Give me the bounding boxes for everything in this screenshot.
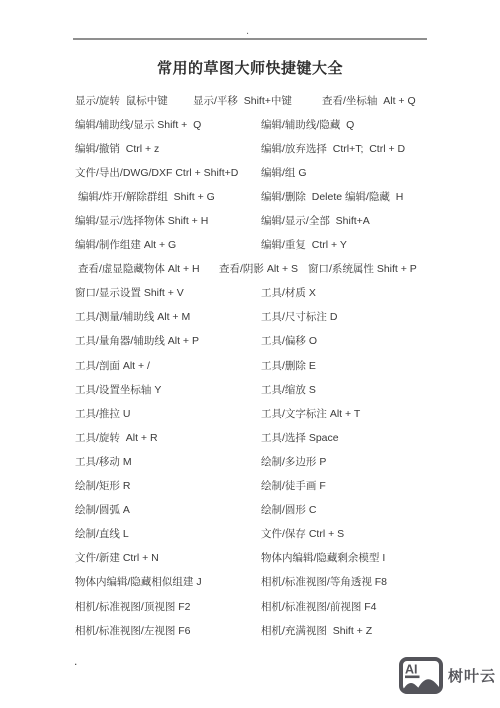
shortcut-row: 工具/推拉 U工具/文字标注 Alt + T bbox=[75, 401, 496, 425]
shortcut-cell: 工具/材质 X bbox=[261, 285, 447, 300]
shortcut-row: 工具/旋转 Alt + R工具/选择 Space bbox=[75, 425, 496, 449]
shortcut-row: 编辑/辅助线/显示 Shift + Q编辑/辅助线/隐藏 Q bbox=[75, 112, 496, 136]
shortcut-row: 工具/量角器/辅助线 Alt + P工具/偏移 O bbox=[75, 329, 496, 353]
shortcut-row: 绘制/矩形 R绘制/徒手画 F bbox=[75, 474, 496, 498]
shortcut-row: 相机/标准视图/左视图 F6相机/充满视图 Shift + Z bbox=[75, 618, 496, 642]
shortcut-cell: 工具/选择 Space bbox=[261, 430, 447, 445]
shortcut-row: 编辑/撤销 Ctrl + z编辑/放弃选择 Ctrl+T; Ctrl + D bbox=[75, 136, 496, 160]
shortcut-cell: 工具/偏移 O bbox=[261, 333, 447, 348]
shortcut-cell: 相机/充满视图 Shift + Z bbox=[261, 623, 447, 638]
shortcut-cell: 编辑/辅助线/显示 Shift + Q bbox=[75, 117, 261, 132]
shortcut-cell: 编辑/放弃选择 Ctrl+T; Ctrl + D bbox=[261, 141, 447, 156]
shortcut-row: 工具/移动 M绘制/多边形 P bbox=[75, 449, 496, 473]
shortcut-cell: 相机/标准视图/顶视图 F2 bbox=[75, 599, 261, 614]
stray-period-bottom: . bbox=[74, 654, 77, 668]
document-page: . 常用的草图大师快捷键大全 显示/旋转 鼠标中键显示/平移 Shift+中键查… bbox=[0, 0, 500, 708]
shortcut-row: 编辑/显示/选择物体 Shift + H编辑/显示/全部 Shift+A bbox=[75, 208, 496, 232]
stray-period-top: . bbox=[246, 25, 249, 37]
shortcut-cell: 窗口/显示设置 Shift + V bbox=[75, 285, 261, 300]
shortcut-cell: 物体内编辑/隐藏剩余模型 I bbox=[261, 550, 447, 565]
shortcut-cell: 查看/坐标轴 Alt + Q bbox=[322, 93, 496, 108]
shortcut-cell: 相机/标准视图/前视图 F4 bbox=[261, 599, 447, 614]
shortcut-cell: 绘制/多边形 P bbox=[261, 454, 447, 469]
shortcut-row: 物体内编辑/隐藏相似组建 J相机/标准视图/等角透视 F8 bbox=[75, 570, 496, 594]
shortcut-cell: 相机/标准视图/左视图 F6 bbox=[75, 623, 261, 638]
shortcut-cell: 编辑/显示/全部 Shift+A bbox=[261, 213, 447, 228]
shortcut-row: 文件/导出/DWG/DXF Ctrl + Shift+D编辑/组 G bbox=[75, 160, 496, 184]
shortcut-cell: 工具/测量/辅助线 Alt + M bbox=[75, 309, 261, 324]
shortcut-row: 绘制/圆弧 A绘制/圆形 C bbox=[75, 498, 496, 522]
shortcut-cell: 文件/保存 Ctrl + S bbox=[261, 526, 447, 541]
shortcut-row: 绘制/直线 L文件/保存 Ctrl + S bbox=[75, 522, 496, 546]
shortcut-row: 编辑/制作组建 Alt + G编辑/重复 Ctrl + Y bbox=[75, 233, 496, 257]
shortcut-cell: 工具/量角器/辅助线 Alt + P bbox=[75, 333, 261, 348]
shortcut-cell: 工具/缩放 S bbox=[261, 382, 447, 397]
shortcut-row: 查看/虚显隐藏物体 Alt + H查看/阴影 Alt + S窗口/系统属性 Sh… bbox=[75, 257, 496, 281]
shortcut-row: 文件/新建 Ctrl + N物体内编辑/隐藏剩余模型 I bbox=[75, 546, 496, 570]
shortcut-cell: 工具/推拉 U bbox=[75, 406, 261, 421]
shortcut-cell: 查看/虚显隐藏物体 Alt + H bbox=[75, 261, 219, 276]
shortcut-row: 窗口/显示设置 Shift + V工具/材质 X bbox=[75, 281, 496, 305]
shortcut-cell: 窗口/系统属性 Shift + P bbox=[308, 261, 496, 276]
shortcut-cell: 工具/尺寸标注 D bbox=[261, 309, 447, 324]
shortcut-cell: 查看/阴影 Alt + S bbox=[219, 261, 308, 276]
shortcut-cell: 物体内编辑/隐藏相似组建 J bbox=[75, 574, 261, 589]
shortcut-row: 工具/剖面 Alt + /工具/删除 E bbox=[75, 353, 496, 377]
shortcut-cell: 编辑/重复 Ctrl + Y bbox=[261, 237, 447, 252]
ai-picture-icon: AI bbox=[399, 657, 443, 694]
shortcut-cell: 文件/导出/DWG/DXF Ctrl + Shift+D bbox=[75, 165, 261, 180]
shortcut-cell: 绘制/直线 L bbox=[75, 526, 261, 541]
shortcut-row: 相机/标准视图/顶视图 F2相机/标准视图/前视图 F4 bbox=[75, 594, 496, 618]
shortcut-cell: 编辑/组 G bbox=[261, 165, 447, 180]
shortcut-row: 编辑/炸开/解除群组 Shift + G编辑/删除 Delete 编辑/隐藏 H bbox=[75, 184, 496, 208]
shortcut-cell: 编辑/制作组建 Alt + G bbox=[75, 237, 261, 252]
shortcut-cell: 绘制/圆形 C bbox=[261, 502, 447, 517]
shortcut-cell: 工具/文字标注 Alt + T bbox=[261, 406, 447, 421]
shortcut-cell: 编辑/辅助线/隐藏 Q bbox=[261, 117, 447, 132]
shortcut-list: 显示/旋转 鼠标中键显示/平移 Shift+中键查看/坐标轴 Alt + Q编辑… bbox=[75, 88, 496, 642]
shortcut-cell: 绘制/徒手画 F bbox=[261, 478, 447, 493]
shortcut-cell: 绘制/圆弧 A bbox=[75, 502, 261, 517]
shortcut-cell: 编辑/撤销 Ctrl + z bbox=[75, 141, 261, 156]
shortcut-cell: 绘制/矩形 R bbox=[75, 478, 261, 493]
shortcut-cell: 工具/删除 E bbox=[261, 358, 447, 373]
page-title: 常用的草图大师快捷键大全 bbox=[0, 57, 500, 78]
shortcut-cell: 工具/移动 M bbox=[75, 454, 261, 469]
shortcut-cell: 编辑/显示/选择物体 Shift + H bbox=[75, 213, 261, 228]
shortcut-cell: 工具/旋转 Alt + R bbox=[75, 430, 261, 445]
shortcut-row: 显示/旋转 鼠标中键显示/平移 Shift+中键查看/坐标轴 Alt + Q bbox=[75, 88, 496, 112]
shortcut-row: 工具/测量/辅助线 Alt + M工具/尺寸标注 D bbox=[75, 305, 496, 329]
logo-text: 树叶云 bbox=[448, 665, 496, 686]
logo-underline bbox=[405, 676, 420, 679]
shortcut-cell: 相机/标准视图/等角透视 F8 bbox=[261, 574, 447, 589]
shortcut-cell: 显示/旋转 鼠标中键 bbox=[75, 93, 193, 108]
shortcut-cell: 编辑/删除 Delete 编辑/隐藏 H bbox=[261, 189, 447, 204]
shortcut-cell: 显示/平移 Shift+中键 bbox=[193, 93, 322, 108]
logo-hill-large bbox=[417, 679, 440, 690]
header-divider bbox=[73, 38, 427, 40]
shortcut-cell: 编辑/炸开/解除群组 Shift + G bbox=[75, 189, 261, 204]
shortcut-cell: 文件/新建 Ctrl + N bbox=[75, 550, 261, 565]
logo-letters: AI bbox=[405, 663, 418, 677]
shortcut-cell: 工具/剖面 Alt + / bbox=[75, 358, 261, 373]
shortcut-row: 工具/设置坐标轴 Y工具/缩放 S bbox=[75, 377, 496, 401]
watermark-logo: AI 树叶云 bbox=[399, 657, 496, 694]
shortcut-cell: 工具/设置坐标轴 Y bbox=[75, 382, 261, 397]
